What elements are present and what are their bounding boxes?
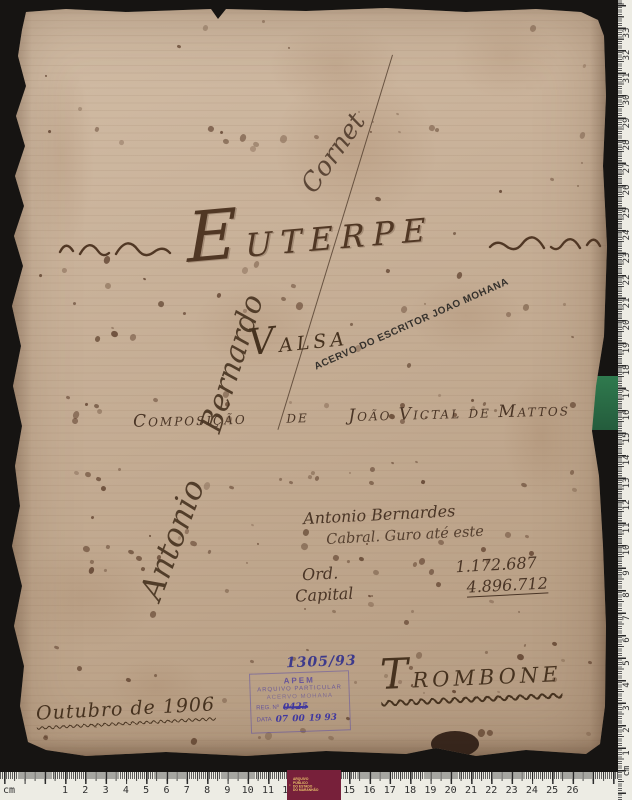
stamp-reg-value: 0425 — [283, 702, 308, 713]
foxing-spot — [71, 417, 79, 425]
ruler-mark: 1 — [62, 785, 68, 796]
foxing-spot — [291, 283, 296, 288]
foxing-spot — [82, 545, 90, 552]
paper-edge-shade-bottom — [6, 736, 610, 758]
foxing-spot — [391, 462, 395, 465]
foxing-spot — [152, 397, 158, 403]
foxing-spot — [246, 562, 249, 565]
foxing-spot — [310, 470, 315, 475]
foxing-spot — [582, 64, 586, 68]
foxing-spot — [158, 300, 165, 308]
foxing-spot — [84, 471, 91, 478]
ruler-mark: 17 — [384, 785, 396, 796]
foxing-spot — [217, 292, 223, 298]
ruler-mark: 10 — [622, 544, 632, 556]
foxing-spot — [287, 47, 290, 50]
foxing-spot — [577, 184, 580, 187]
foxing-spot — [90, 516, 94, 520]
ruler-mark: 23 — [506, 785, 518, 796]
foxing-spot — [183, 312, 187, 316]
foxing-spot — [411, 609, 415, 613]
archive-logo-text: ARQUIVO PÚBLICO DO ESTADO DO MARANHÃO — [293, 778, 318, 793]
foxing-spot — [177, 44, 182, 48]
ruler-mark: 10 — [242, 785, 254, 796]
foxing-spot — [96, 476, 102, 482]
ruler-mark: 20 — [622, 319, 632, 331]
foxing-spot — [73, 471, 79, 477]
foxing-spot — [529, 24, 537, 33]
foxing-spot — [135, 555, 143, 562]
foxing-spot — [261, 20, 265, 24]
ruler-mark: 21 — [465, 785, 477, 796]
foxing-spot — [306, 649, 309, 652]
ruler-mark: 3 — [622, 702, 632, 714]
foxing-spot — [549, 178, 554, 183]
foxing-spot — [221, 698, 227, 704]
foxing-spot — [506, 311, 512, 318]
building-icon — [289, 773, 291, 797]
stain-blotch — [451, 11, 561, 101]
foxing-spot — [100, 485, 106, 491]
ruler-mark: 20 — [445, 785, 457, 796]
ruler-mark: 19 — [424, 785, 436, 796]
foxing-spot — [118, 468, 122, 472]
ruler-mark: 16 — [363, 785, 375, 796]
stain-blotch — [501, 371, 581, 501]
ruler-mark: 30 — [622, 94, 632, 106]
foxing-spot — [239, 133, 247, 142]
foxing-spot — [350, 322, 354, 326]
foxing-spot — [521, 482, 528, 488]
accession-number: 1305/93 — [286, 653, 357, 671]
foxing-spot — [308, 474, 313, 479]
foxing-spot — [281, 296, 287, 302]
ruler-mark: 26 — [622, 184, 632, 196]
foxing-spot — [89, 560, 94, 565]
stamp-reg-label: REG. Nº — [256, 705, 279, 712]
foxing-spot — [414, 461, 417, 464]
foxing-spot — [434, 128, 439, 133]
foxing-spot — [61, 267, 67, 273]
ruler-mark: 1 — [622, 747, 632, 759]
flourish-right-icon — [472, 226, 602, 260]
foxing-spot — [76, 665, 82, 671]
foxing-spot — [77, 107, 83, 113]
ruler-mark: 24 — [526, 785, 538, 796]
foxing-spot — [127, 550, 134, 556]
foxing-spot — [471, 398, 475, 402]
ruler-mark: 8 — [622, 589, 632, 601]
archive-logo: ARQUIVO PÚBLICO DO ESTADO DO MARANHÃO — [287, 770, 341, 800]
foxing-spot — [129, 333, 137, 342]
foxing-spot — [499, 190, 503, 194]
ruler-mark: 33 — [622, 27, 632, 39]
ruler-mark: 19 — [622, 342, 632, 354]
foxing-spot — [569, 470, 575, 476]
ruler-mark: 6 — [163, 785, 169, 796]
foxing-spot — [289, 481, 293, 485]
foxing-spot — [395, 112, 398, 115]
foxing-spot — [208, 550, 212, 555]
foxing-spot — [257, 543, 260, 546]
ruler-mark: 13 — [622, 477, 632, 489]
foxing-spot — [572, 488, 578, 494]
foxing-spot — [85, 403, 89, 407]
note-value: 1.172.687 — [455, 554, 537, 576]
ruler-mark: 21 — [622, 297, 632, 309]
foxing-spot — [370, 130, 372, 132]
ruler-mark: 18 — [622, 364, 632, 376]
foxing-spot — [368, 480, 374, 485]
foxing-spot — [438, 393, 442, 397]
foxing-spot — [93, 403, 99, 409]
ruler-mark: 4 — [123, 785, 129, 796]
ruler-mark: 32 — [622, 49, 632, 61]
foxing-spot — [88, 567, 95, 575]
foxing-spot — [563, 302, 567, 306]
composition-word: de — [286, 407, 309, 428]
foxing-spot — [522, 303, 530, 312]
stamp-date-value: 07 — [276, 714, 289, 724]
ruler-mark: 25 — [546, 785, 558, 796]
ink-stain — [431, 731, 479, 757]
logo-text-line: DO MARANHÃO — [293, 789, 318, 793]
ruler-mark: 6 — [622, 634, 632, 646]
foxing-spot — [423, 302, 426, 305]
foxing-spot — [353, 680, 357, 684]
foxing-spot — [219, 130, 223, 134]
foxing-spot — [313, 134, 319, 139]
ruler-mark: 5 — [143, 785, 149, 796]
foxing-spot — [404, 619, 411, 625]
foxing-spot — [72, 301, 76, 305]
ruler-mark: 2 — [622, 724, 632, 736]
ruler-mark: 28 — [622, 139, 632, 151]
foxing-spot — [118, 139, 124, 146]
ruler-mark: 29 — [622, 117, 632, 129]
ruler-right: 1234567891011121314151617181920212223242… — [618, 0, 632, 800]
foxing-spot — [53, 645, 59, 650]
foxing-spot — [489, 600, 495, 605]
foxing-spot — [104, 282, 112, 289]
foxing-spot — [149, 610, 158, 619]
archive-stamp-box: APEM ARQUIVO PARTICULAR ACERVO MOHANA RE… — [249, 670, 351, 733]
foxing-spot — [332, 610, 337, 614]
ruler-mark: 4 — [622, 679, 632, 691]
ruler-mark: 2 — [82, 785, 88, 796]
instrument-label: Trombone — [379, 642, 562, 699]
ruler-mark: 31 — [622, 72, 632, 84]
foxing-spot — [45, 74, 48, 77]
foxing-spot — [368, 601, 376, 608]
foxing-spot — [569, 401, 576, 408]
foxing-spot — [370, 467, 376, 473]
ownership-note: Antonio Bernardes Cabral. Guro até este … — [291, 495, 591, 605]
foxing-spot — [222, 138, 229, 144]
foxing-spot — [110, 326, 114, 329]
foxing-spot — [250, 660, 255, 664]
ruler-mark: 3 — [103, 785, 109, 796]
paper-edge-shade-left — [6, 6, 32, 758]
composition-word: Composição — [133, 409, 247, 432]
foxing-spot — [278, 477, 282, 481]
stamp-date-label: DATA — [257, 717, 272, 724]
foxing-spot — [153, 673, 157, 677]
ruler-mark: 17 — [622, 387, 632, 399]
ruler-mark: 24 — [622, 229, 632, 241]
foxing-spot — [65, 396, 69, 400]
ruler-mark: 7 — [184, 785, 190, 796]
foxing-spot — [110, 330, 118, 338]
foxing-spot — [456, 272, 463, 280]
ruler-mark: 25 — [622, 207, 632, 219]
foxing-spot — [406, 363, 412, 369]
foxing-spot — [303, 608, 306, 611]
foxing-spot — [579, 131, 586, 139]
stamp-date-year: 19 93 — [309, 713, 338, 724]
stamp-date-value: 00 — [292, 714, 305, 724]
foxing-spot — [314, 475, 320, 481]
foxing-spot — [39, 274, 43, 278]
foxing-spot — [571, 336, 575, 339]
foxing-spot — [398, 131, 401, 134]
note-label: Ord. — [302, 564, 339, 583]
archival-photo: Cornet Euterpe Valsa ACERVO DO ESCRITOR … — [0, 0, 632, 800]
foxing-spot — [349, 471, 352, 473]
foxing-spot — [518, 611, 521, 614]
ruler-mark: 11 — [622, 522, 632, 534]
foxing-spot — [295, 302, 304, 312]
foxing-spot — [279, 134, 288, 144]
foxing-spot — [385, 269, 390, 274]
foxing-spot — [47, 129, 51, 133]
ruler-unit-label: cm — [3, 785, 15, 796]
foxing-spot — [94, 336, 101, 344]
note-label: Capital — [295, 585, 354, 606]
stain-blotch — [26, 56, 96, 256]
foxing-spot — [250, 524, 253, 527]
ruler-mark: 16 — [622, 409, 632, 421]
ruler-mark: 11 — [262, 785, 274, 796]
foxing-spot — [421, 480, 426, 486]
foxing-spot — [229, 486, 235, 491]
ruler-mark: 15 — [343, 785, 355, 796]
ruler-mark: 23 — [622, 252, 632, 264]
foxing-spot — [94, 725, 97, 728]
ruler-mark: 27 — [622, 162, 632, 174]
foxing-spot — [288, 401, 292, 405]
foxing-spot — [94, 126, 100, 132]
foxing-spot — [97, 409, 104, 416]
foxing-spot — [202, 25, 208, 32]
ruler-mark: 9 — [224, 785, 230, 796]
ruler-mark: 22 — [485, 785, 497, 796]
ruler-mark: 15 — [622, 432, 632, 444]
ruler-mark: 8 — [204, 785, 210, 796]
foxing-spot — [106, 544, 111, 549]
ruler-mark: 18 — [404, 785, 416, 796]
foxing-spot — [126, 677, 132, 682]
ruler-unit-label: cm — [622, 765, 632, 777]
ruler-mark: 12 — [622, 499, 632, 511]
flourish-left-icon — [58, 232, 188, 266]
ruler-mark: 5 — [622, 657, 632, 669]
ruler-mark: 26 — [566, 785, 578, 796]
ruler-mark: 9 — [622, 567, 632, 579]
ruler-mark: 7 — [622, 612, 632, 624]
foxing-spot — [104, 568, 108, 572]
ruler-mark: 14 — [622, 454, 632, 466]
foxing-spot — [225, 589, 230, 594]
foxing-spot — [208, 125, 216, 132]
foxing-spot — [400, 305, 408, 314]
foxing-spot — [581, 162, 584, 165]
ruler-mark: 22 — [622, 274, 632, 286]
